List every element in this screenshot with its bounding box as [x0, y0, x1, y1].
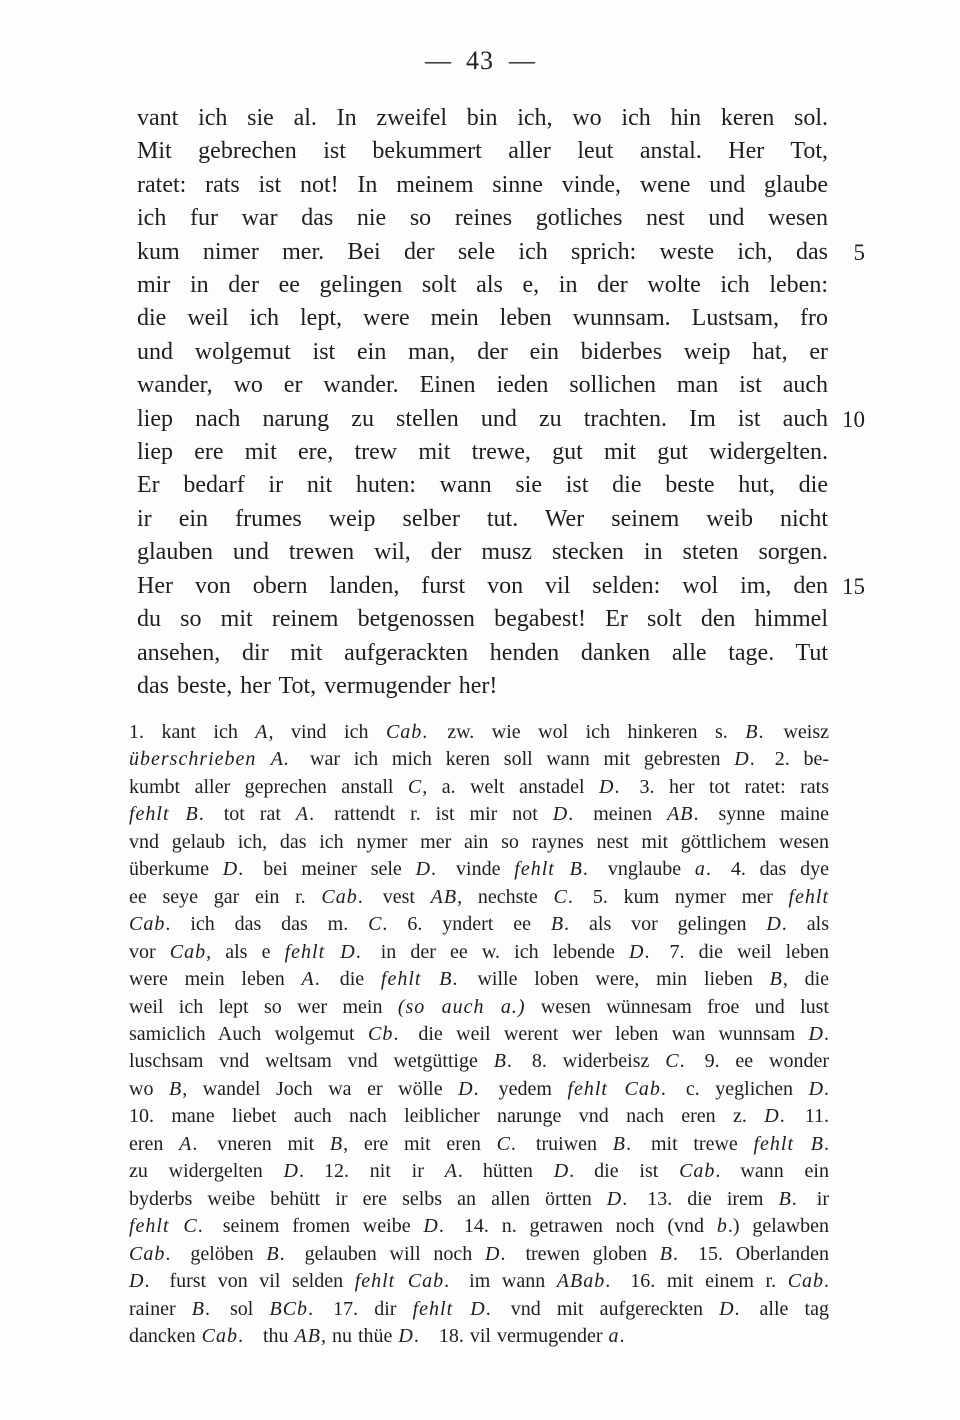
apparatus-italic-siglum: AB	[431, 886, 457, 908]
page-number: 43	[466, 46, 494, 75]
apparatus-italic-siglum: fehlt Cab	[355, 1270, 444, 1292]
apparatus-italic-siglum: fehlt C	[129, 1215, 198, 1237]
main-text-line: Er bedarf ir nit huten: wann sie ist die…	[137, 469, 828, 502]
verse-line-number: 15	[842, 570, 865, 603]
main-text-line: liep ere mit ere, trew mit trewe, gut mi…	[137, 436, 828, 469]
apparatus-italic-siglum: fehlt B	[514, 858, 583, 880]
apparatus-italic-siglum: D	[719, 1298, 734, 1320]
apparatus-italic-siglum: Cab	[679, 1160, 715, 1182]
apparatus-italic-siglum: Cab	[321, 886, 357, 908]
apparatus-italic-siglum: Cab	[386, 721, 422, 743]
page-header: —43—	[0, 46, 960, 76]
apparatus-line: D. furst von vil selden fehlt Cab. im wa…	[129, 1268, 829, 1295]
apparatus-line: ee seye gar ein r. Cab. vest AB, nechste…	[129, 884, 829, 911]
main-text-line: und wolgemut ist ein man, der ein biderb…	[137, 336, 828, 369]
apparatus-italic-siglum: B	[330, 1133, 343, 1155]
apparatus-italic-siglum: Cab	[129, 913, 165, 935]
apparatus-line: zu widergelten D. 12. nit ir A. hütten D…	[129, 1158, 829, 1185]
apparatus-line: Cab. gelöben B. gelauben will noch D. tr…	[129, 1241, 829, 1268]
apparatus-italic-siglum: D	[553, 803, 568, 825]
header-dash-left: —	[425, 46, 451, 75]
apparatus-italic-siglum: (so auch a.)	[398, 996, 526, 1018]
apparatus-italic-siglum: C	[368, 913, 382, 935]
apparatus-italic-siglum: b	[717, 1215, 728, 1237]
apparatus-italic-siglum: A	[445, 1160, 458, 1182]
apparatus-italic-siglum: D	[554, 1160, 569, 1182]
apparatus-italic-siglum: B	[660, 1243, 673, 1265]
apparatus-italic-siglum: D	[129, 1270, 144, 1292]
apparatus-italic-siglum: a	[609, 1325, 620, 1347]
main-text-line: vant ich sie al. In zweifel bin ich, wo …	[137, 102, 828, 135]
apparatus-italic-siglum: C	[554, 886, 568, 908]
apparatus-line: wo B, wandel Joch wa er wölle D. yedem f…	[129, 1076, 829, 1103]
apparatus-italic-siglum: B	[494, 1050, 507, 1072]
apparatus-italic-siglum: C	[408, 776, 422, 798]
apparatus-italic-siglum: D	[284, 1160, 299, 1182]
main-text-line: liep nach narung zu stellen und zu trach…	[137, 403, 828, 436]
main-text-line: glauben und trewen wil, der musz stecken…	[137, 536, 828, 569]
apparatus-italic-siglum: D	[599, 776, 614, 798]
apparatus-line: vnd gelaub ich, das ich nymer mer ain so…	[129, 829, 829, 856]
apparatus-italic-siglum: fehlt B	[381, 968, 453, 990]
apparatus-italic-siglum: A	[301, 968, 314, 990]
apparatus-italic-siglum: A	[296, 803, 309, 825]
verse-line-number: 10	[842, 403, 865, 436]
apparatus-italic-siglum: B	[266, 1243, 279, 1265]
apparatus-italic-siglum: D	[629, 941, 644, 963]
apparatus-line: Cab. ich das das m. C. 6. yndert ee B. a…	[129, 911, 829, 938]
apparatus-italic-siglum: D	[416, 858, 431, 880]
apparatus-italic-siglum: B	[613, 1133, 626, 1155]
apparatus-italic-siglum: B	[551, 913, 564, 935]
apparatus-italic-siglum: D	[809, 1078, 824, 1100]
apparatus-line: 10. mane liebet auch nach leiblicher nar…	[129, 1103, 829, 1130]
apparatus-line: eren A. vneren mit B, ere mit eren C. tr…	[129, 1131, 829, 1158]
main-text-line: Her von obern landen, furst von vil seld…	[137, 570, 828, 603]
apparatus-line: weil ich lept so wer mein (so auch a.) w…	[129, 994, 829, 1021]
apparatus-italic-siglum: C	[665, 1050, 679, 1072]
apparatus-italic-siglum: Cab	[788, 1270, 824, 1292]
apparatus-line: rainer B. sol BCb. 17. dir fehlt D. vnd …	[129, 1296, 829, 1323]
apparatus-italic-siglum: D	[485, 1243, 500, 1265]
apparatus-line: kumbt aller geprechen anstall C, a. welt…	[129, 774, 829, 801]
header-dash-right: —	[509, 46, 535, 75]
apparatus-line: 1. kant ich A, vind ich Cab. zw. wie wol…	[129, 719, 829, 746]
apparatus-italic-siglum: B	[779, 1188, 792, 1210]
apparatus-italic-siglum: fehlt D	[413, 1298, 486, 1320]
apparatus-italic-siglum: fehlt	[788, 886, 829, 908]
main-text-line: ir ein frumes weip selber tut. Wer seine…	[137, 503, 828, 536]
main-text-line: die weil ich lept, were mein leben wunns…	[137, 302, 828, 335]
apparatus-italic-siglum: D	[458, 1078, 473, 1100]
apparatus-italic-siglum: B	[169, 1078, 182, 1100]
main-text-line: mir in der ee gelingen solt als e, in de…	[137, 269, 828, 302]
apparatus-line: samiclich Auch wolgemut Cb. die weil wer…	[129, 1021, 829, 1048]
apparatus-line: were mein leben A. die fehlt B. wille lo…	[129, 966, 829, 993]
main-text-line: das beste, her Tot, vermugender her!	[137, 670, 828, 703]
apparatus-line: luschsam vnd weltsam vnd wetgüttige B. 8…	[129, 1048, 829, 1075]
apparatus-italic-siglum: D	[223, 858, 238, 880]
apparatus-italic-siglum: D	[398, 1325, 413, 1347]
apparatus-italic-siglum: D	[764, 1105, 779, 1127]
apparatus-line: überkume D. bei meiner sele D. vinde feh…	[129, 856, 829, 883]
apparatus-criticus-block: 1. kant ich A, vind ich Cab. zw. wie wol…	[129, 719, 829, 1350]
apparatus-italic-siglum: ABab	[557, 1270, 605, 1292]
main-text-line: wander, wo er wander. Einen ieden sollic…	[137, 369, 828, 402]
apparatus-italic-siglum: B	[192, 1298, 205, 1320]
apparatus-italic-siglum: Cab	[202, 1325, 238, 1347]
apparatus-italic-siglum: fehlt Cab	[567, 1078, 660, 1100]
apparatus-italic-siglum: B	[770, 968, 783, 990]
main-text-line: ansehen, dir mit aufgerackten henden dan…	[137, 637, 828, 670]
apparatus-italic-siglum: B	[745, 721, 758, 743]
main-text-line: kum nimer mer. Bei der sele ich sprich: …	[137, 236, 828, 269]
apparatus-line: überschrieben A. war ich mich keren soll…	[129, 746, 829, 773]
apparatus-italic-siglum: BCb	[270, 1298, 309, 1320]
apparatus-italic-siglum: a	[695, 858, 706, 880]
apparatus-italic-siglum: überschrieben A.	[129, 748, 290, 770]
apparatus-line: fehlt C. seinem fromen weibe D. 14. n. g…	[129, 1213, 829, 1240]
apparatus-italic-siglum: D	[607, 1188, 622, 1210]
apparatus-italic-siglum: fehlt B	[754, 1133, 825, 1155]
apparatus-italic-siglum: fehlt D	[285, 941, 356, 963]
apparatus-italic-siglum: D	[423, 1215, 438, 1237]
apparatus-italic-siglum: A	[179, 1133, 192, 1155]
apparatus-line: fehlt B. tot rat A. rattendt r. ist mir …	[129, 801, 829, 828]
apparatus-italic-siglum: A	[255, 721, 268, 743]
apparatus-italic-siglum: Cab	[170, 941, 206, 963]
apparatus-italic-siglum: Cb	[368, 1023, 393, 1045]
apparatus-italic-siglum: Cab	[129, 1243, 165, 1265]
main-text-block: vant ich sie al. In zweifel bin ich, wo …	[137, 102, 828, 703]
apparatus-italic-siglum: D	[734, 748, 749, 770]
apparatus-italic-siglum: AB	[667, 803, 693, 825]
apparatus-italic-siglum: AB	[295, 1325, 321, 1347]
apparatus-italic-siglum: fehlt B	[129, 803, 199, 825]
apparatus-line: byderbs weibe behütt ir ere selbs an all…	[129, 1186, 829, 1213]
apparatus-line: dancken Cab. thu AB, nu thüe D. 18. vil …	[129, 1323, 829, 1350]
apparatus-italic-siglum: D	[809, 1023, 824, 1045]
apparatus-line: vor Cab, als e fehlt D. in der ee w. ich…	[129, 939, 829, 966]
apparatus-italic-siglum: D	[766, 913, 781, 935]
verse-line-number: 5	[854, 236, 866, 269]
main-text-line: du so mit reinem betgenossen begabest! E…	[137, 603, 828, 636]
main-text-line: Mit gebrechen ist bekummert aller leut a…	[137, 135, 828, 168]
apparatus-italic-siglum: C	[497, 1133, 511, 1155]
main-text-line: ich fur war das nie so reines gotliches …	[137, 202, 828, 235]
main-text-line: ratet: rats ist not! In meinem sinne vin…	[137, 169, 828, 202]
